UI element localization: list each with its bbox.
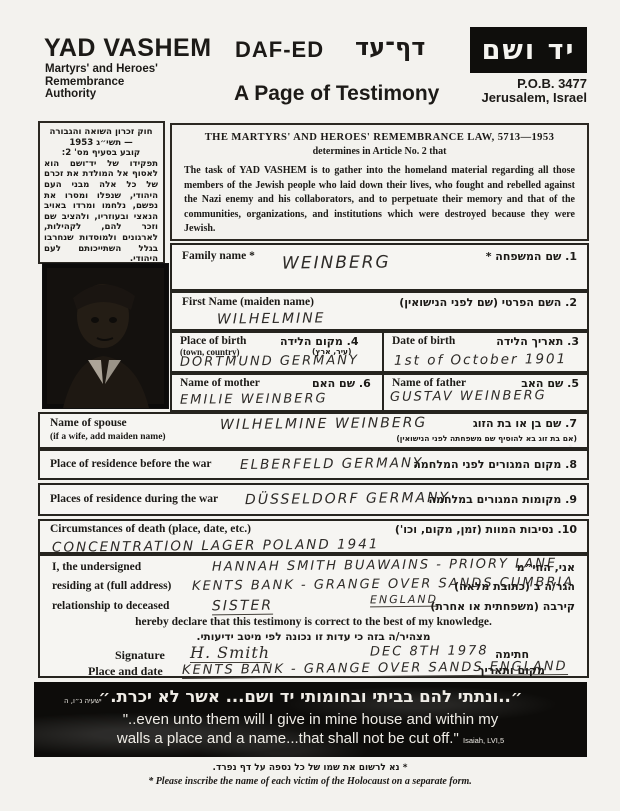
cell-divider [382, 333, 384, 371]
residence-during-label-en: Places of residence during the war [50, 493, 218, 505]
field-family-name: Family name * WEINBERG 1. שם המשפחה * [170, 243, 589, 291]
family-name-label-en: Family name * [182, 250, 255, 262]
residence-during-value: DÜSSELDORF GERMANY [245, 490, 450, 508]
law-en-title: THE MARTYRS' AND HEROES' REMEMBRANCE LAW… [184, 132, 575, 143]
page-title: A Page of Testimony [234, 82, 439, 106]
portrait-photo-image [43, 264, 168, 408]
banner-quote-he: ״..ונתתי להם בביתי ובחומותי יד ושם... אש… [34, 687, 587, 706]
place-date-label-en: Place and date [88, 664, 163, 679]
residing-label-en: residing at (full address) [52, 580, 171, 592]
yad-vashem-logo: יד ושם [470, 27, 587, 73]
spouse-value: WILHELMINE WEINBERG [220, 415, 427, 433]
residence-before-value: ELBERFELD GERMANY [240, 455, 423, 473]
banner-source-en: Isaiah, LVI,5 [463, 736, 504, 745]
undersigned-label-he: אני, החי״מ [517, 561, 575, 574]
death-label-he: 10. נסיבות המוות (זמן, מקום, וכו') [395, 523, 577, 536]
field-residence-before: Place of residence before the war ELBERF… [38, 449, 589, 480]
spouse-label-he2: (אם בת זוג בא להוסיף שם משפחתה לפני הניש… [396, 434, 577, 443]
relationship-value: SISTER [212, 598, 273, 616]
banner-quote-en-line2-text: walls a place and a name...that shall no… [117, 730, 459, 747]
place-of-birth-value: DORTMUND GERMANY [180, 353, 359, 370]
place-date-label-he: מקום ותאריך [478, 664, 545, 677]
field-spouse: Name of spouse (if a wife, add maiden na… [38, 412, 589, 449]
law-en-subtitle: determines in Article No. 2 that [184, 146, 575, 157]
spouse-label-en: Name of spouse [50, 417, 127, 429]
banner-quote-en-line1: "..even unto them will I give in mine ho… [34, 711, 587, 728]
portrait-photo [42, 263, 169, 409]
law-text-english: THE MARTYRS' AND HEROES' REMEMBRANCE LAW… [170, 123, 589, 241]
mother-name-label-he: 6. שם האם [312, 377, 371, 390]
mother-name-label-en: Name of mother [180, 377, 260, 389]
residing-value-country: ENGLAND [370, 593, 438, 608]
date-of-birth-value: 1st of October 1901 [394, 351, 567, 369]
org-subtitle-line: Remembrance [45, 76, 158, 89]
field-parents-row: Name of mother 6. שם האם EMILIE WEINBERG… [170, 373, 589, 412]
field-birth-row: Place of birth (town, country) 4. מקום ה… [170, 331, 589, 373]
death-label-en: Circumstances of death (place, date, etc… [50, 523, 251, 535]
form-name-he: דף־עד [355, 33, 425, 61]
law-text-hebrew: חוק זכרון השואה והגבורה — תשי״ג 1953 קוב… [38, 121, 165, 264]
org-subtitle: Martyrs' and Heroes' Remembrance Authori… [45, 63, 158, 101]
law-en-body: The task of YAD VASHEM is to gather into… [184, 164, 575, 237]
city-line: Jerusalem, Israel [455, 90, 587, 105]
first-name-label-he: 2. השם הפרטי (שם לפני הנישואין) [399, 296, 577, 309]
declaration-line-en: hereby declare that this testimony is co… [40, 616, 587, 628]
relationship-label-he: קירבה (משפחתית או אחרת) [430, 600, 575, 613]
declaration-line-he: מצהיר/ה בזה כי עדות זו נכונה לפי מיטב יד… [40, 631, 587, 643]
place-of-birth-label-en: Place of birth [180, 335, 246, 347]
field-first-name: First Name (maiden name) WILHELMINE 2. ה… [170, 291, 589, 331]
law-he-title: חוק זכרון השואה והגבורה — תשי״ג 1953 [44, 127, 158, 148]
signature-label-en: Signature [115, 648, 165, 663]
signature-date-value: DEC 8TH 1978 [370, 643, 489, 659]
family-name-label-he: 1. שם המשפחה * [486, 250, 577, 263]
residing-label-he: הגר/ה ב (כתובת מלאה) [454, 580, 575, 593]
law-he-body: תפקידו של יד־ושם הוא לאסוף אל המולדת את … [44, 159, 158, 264]
death-value: CONCENTRATION LAGER POLAND 1941 [52, 536, 380, 555]
law-he-subtitle: קובע בסעיף מס' 2: [44, 148, 158, 159]
field-death-circumstances: Circumstances of death (place, date, etc… [38, 519, 589, 554]
father-name-value: GUSTAV WEINBERG [390, 388, 547, 405]
first-name-label-en: First Name (maiden name) [182, 296, 314, 308]
banner-quote-en-line2: walls a place and a name...that shall no… [34, 730, 587, 747]
spouse-label-en2: (if a wife, add maiden name) [50, 432, 166, 442]
date-of-birth-label-en: Date of birth [392, 335, 455, 347]
residence-before-label-he: 8. מקום המגורים לפני המלחמה [413, 458, 577, 471]
undersigned-value: HANNAH SMITH BUAWAINS - PRIORY LANE [212, 556, 557, 575]
page-of-testimony-scan: YAD VASHEM Martyrs' and Heroes' Remembra… [0, 0, 620, 811]
banner-source-he: ישעיה נ״ו, ה [64, 697, 102, 705]
residence-before-label-en: Place of residence before the war [50, 458, 211, 470]
spouse-label-he: 7. שם בן או בת הזוג [473, 417, 577, 430]
org-subtitle-line: Martyrs' and Heroes' [45, 63, 158, 76]
signature-value: H. Smith [190, 643, 270, 663]
org-name: YAD VASHEM [44, 34, 212, 63]
pob-line: P.O.B. 3477 [470, 76, 587, 91]
declaration-block: I, the undersigned HANNAH SMITH BUAWAINS… [38, 554, 589, 678]
father-name-label-en: Name of father [392, 377, 466, 389]
date-of-birth-label-he: 3. תאריך הלידה [496, 335, 579, 348]
mother-name-value: EMILIE WEINBERG [180, 391, 328, 408]
family-name-value: WEINBERG [282, 252, 391, 273]
quote-banner: ״..ונתתי להם בביתי ובחומותי יד ושם... אש… [34, 682, 587, 757]
org-subtitle-line: Authority [45, 88, 158, 101]
undersigned-label-en: I, the undersigned [52, 561, 141, 573]
footer-note-en: * Please inscribe the name of each victi… [0, 776, 620, 787]
form-name-en: DAF-ED [235, 37, 324, 63]
first-name-value: WILHELMINE [217, 310, 326, 327]
cell-divider [382, 375, 384, 410]
relationship-label-en: relationship to deceased [52, 600, 169, 612]
footer-note-he: * נא לרשום את שמו של כל נספה על דף נפרד. [0, 763, 620, 773]
residence-during-label-he: 9. מקומות המגורים במלחמה [428, 493, 577, 506]
field-residence-during: Places of residence during the war DÜSSE… [38, 483, 589, 516]
